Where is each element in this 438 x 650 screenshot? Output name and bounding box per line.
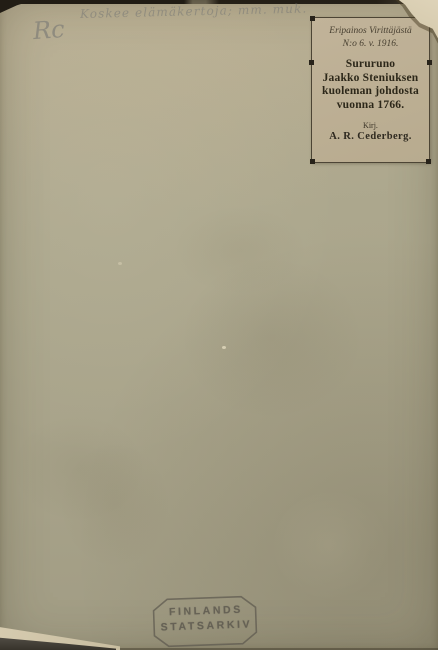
label-corner-ornament <box>310 16 315 21</box>
title-line: kuoleman johdosta <box>312 85 429 99</box>
title-line: Sururuno <box>312 58 429 72</box>
paper-speck <box>118 262 122 265</box>
byline-label: Kirj. <box>312 121 429 130</box>
paper-speck <box>222 346 226 349</box>
label-corner-ornament <box>310 159 315 164</box>
series-title: Eripainos Virittäjästä <box>312 25 429 38</box>
publication-label: Eripainos Virittäjästä N:o 6. v. 1916. S… <box>311 17 430 163</box>
archive-stamp: FINLANDS STATSARKIV <box>151 594 259 650</box>
title-line: vuonna 1766. <box>312 99 429 113</box>
title-line: Jaakko Steniuksen <box>312 72 429 86</box>
publication-title: Sururuno Jaakko Steniuksen kuoleman johd… <box>312 58 429 112</box>
handwritten-mark: Rc <box>32 15 65 45</box>
series-issue: N:o 6. v. 1916. <box>312 38 429 51</box>
author-name: A. R. Cederberg. <box>312 131 429 142</box>
series-info: Eripainos Virittäjästä N:o 6. v. 1916. <box>312 25 429 50</box>
label-edge-ornament <box>427 60 432 65</box>
scanned-pamphlet-cover: Koskee elämäkertoja; mm. muk. Rc Eripain… <box>0 0 438 650</box>
label-corner-ornament <box>426 159 431 164</box>
label-edge-ornament <box>309 60 314 65</box>
